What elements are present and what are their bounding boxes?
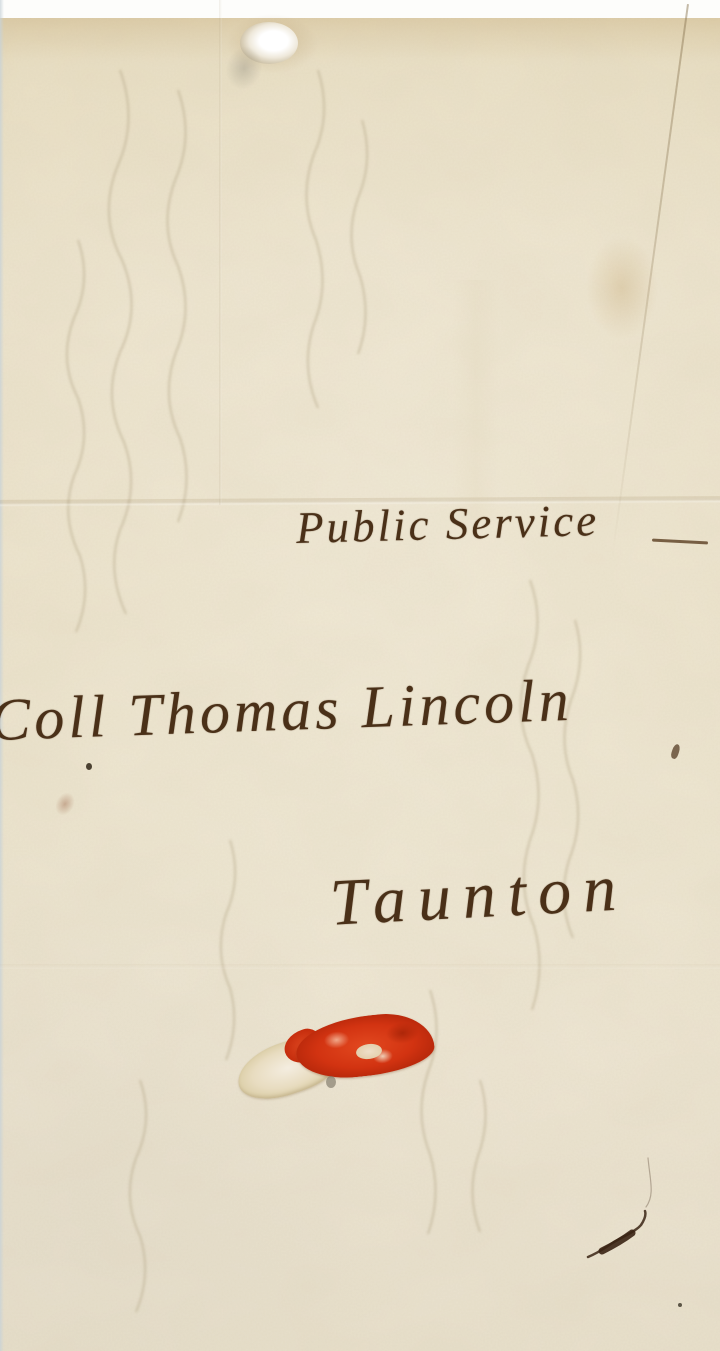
scanned-letter-cover: Public Service Coll Thomas Lincoln Taunt… — [0, 0, 720, 1351]
scan-edge-left — [0, 0, 4, 1351]
seal-speck — [326, 1076, 336, 1088]
destination-text: Taunton — [328, 850, 630, 941]
paper-hole — [240, 22, 298, 64]
scan-edge-top — [0, 0, 720, 18]
ink-dot-left — [86, 763, 92, 770]
stain-top-right — [586, 236, 658, 340]
ink-dot-bottom-right — [678, 1303, 682, 1307]
wax-seal-remnant — [228, 1012, 440, 1104]
endorsement-text: Public Service — [295, 494, 599, 554]
